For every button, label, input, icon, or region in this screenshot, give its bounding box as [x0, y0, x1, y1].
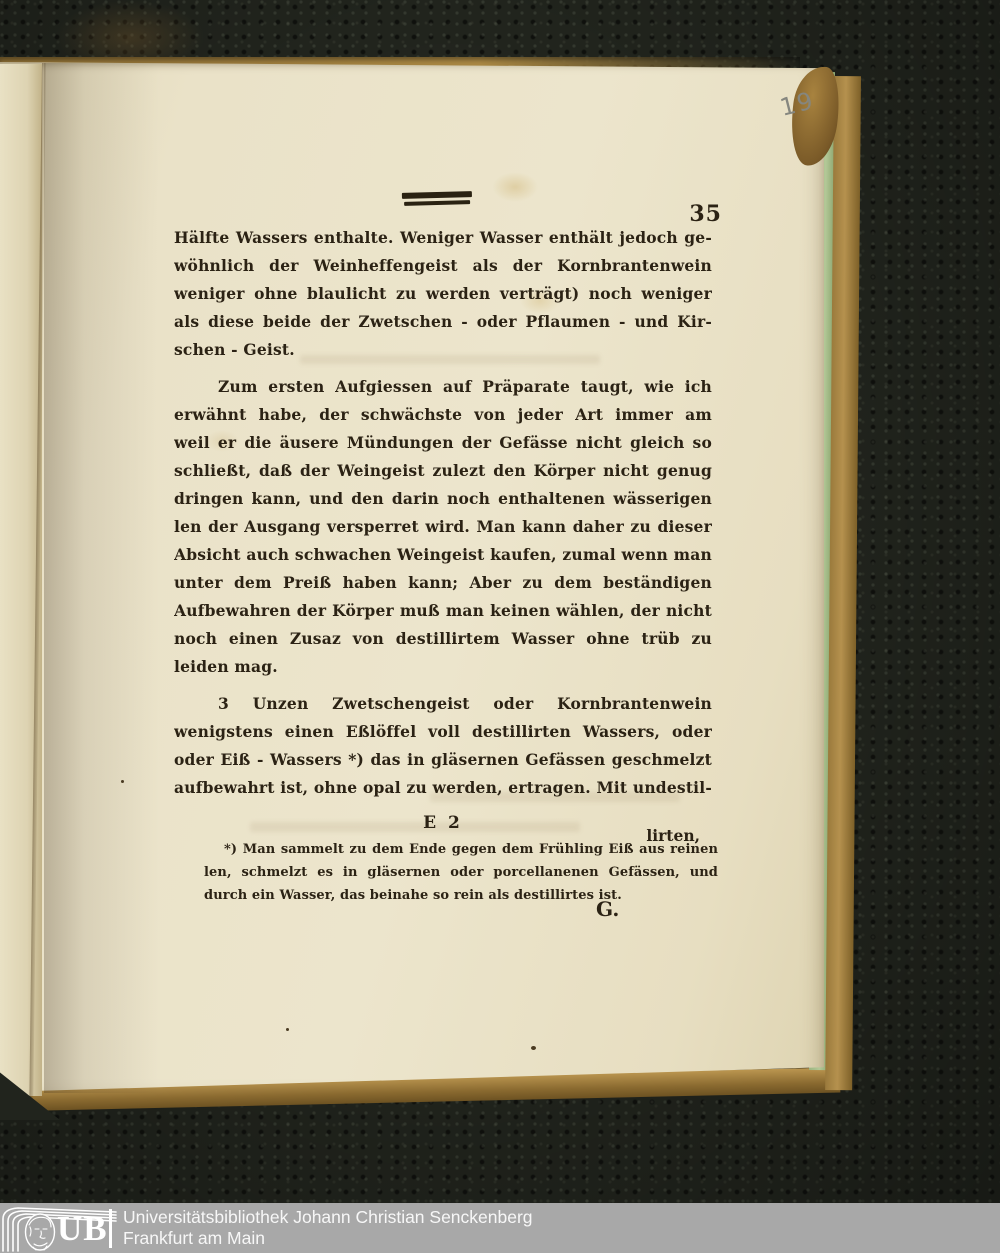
paragraph: Hälfte Wassers enthalte. Weniger Wasser … [174, 224, 712, 364]
text-line: schen - Geist. [174, 336, 712, 364]
page-number: 35 [650, 202, 722, 226]
paragraph: Zum ersten Aufgiessen auf Präparate taug… [174, 373, 712, 681]
text-line: noch einen Zusaz von destillirtem Wasser… [174, 625, 712, 653]
text-line: erwähnt habe, der schwächste von jeder A… [174, 401, 712, 429]
press-figure: G. [596, 898, 619, 920]
text-line: unter dem Preiß haben kann; Aber zu dem … [174, 569, 712, 597]
footnote-block: *) Man sammelt zu dem Ende gegen dem Frü… [204, 838, 718, 907]
text-line: oder Eiß - Wassers *) das in gläsernen G… [174, 746, 712, 774]
text-line: dringen kann, und den darin noch enthalt… [174, 485, 712, 513]
text-line: len der Ausgang versperret wird. Man kan… [174, 513, 712, 541]
scanned-book-page-photo: 35 19 Hälfte Wassers enthalte. Weniger W… [0, 0, 1000, 1253]
text-line: wenigstens einen Eßlöffel voll destillir… [174, 718, 712, 746]
text-line: schließt, daß der Weingeist zulezt den K… [174, 457, 712, 485]
library-name: Universitätsbibliothek Johann Christian … [123, 1207, 533, 1248]
text-line: aufbewahrt ist, ohne opal zu werden, ert… [174, 774, 712, 802]
text-line: leiden mag. [174, 653, 712, 681]
text-line: als diese beide der Zwetschen - oder Pfl… [174, 308, 712, 336]
text-line: 3 Unzen Zwetschengeist oder Kornbrantenw… [174, 690, 712, 718]
paragraph: 3 Unzen Zwetschengeist oder Kornbrantenw… [174, 690, 712, 802]
library-name-line2: Frankfurt am Main [123, 1228, 533, 1249]
text-line: Hälfte Wassers enthalte. Weniger Wasser … [174, 224, 712, 252]
paper-speck [531, 1046, 536, 1050]
text-line: Zum ersten Aufgiessen auf Präparate taug… [174, 373, 712, 401]
text-line: weniger ohne blaulicht zu werden verträg… [174, 280, 712, 308]
text-line: weil er die äusere Mündungen der Gefässe… [174, 429, 712, 457]
library-name-line1: Universitätsbibliothek Johann Christian … [123, 1207, 533, 1228]
paper-stain [492, 172, 538, 202]
portrait-icon [26, 1214, 55, 1250]
rule-bar-top [402, 191, 472, 199]
gathering-signature: E 2 [174, 813, 712, 833]
paper-speck [286, 1028, 289, 1031]
section-rule-ornament [402, 191, 472, 206]
logo-divider [109, 1209, 112, 1248]
text-line: wöhnlich der Weinheffengeist als der Kor… [174, 252, 712, 280]
paper-speck [121, 780, 124, 783]
text-line: durch ein Wasser, das beinahe so rein al… [204, 884, 718, 907]
ub-logo-abbr: UB [57, 1209, 108, 1249]
text-line: Aufbewahren der Körper muß man keinen wä… [174, 597, 712, 625]
text-line: Absicht auch schwachen Weingeist kaufen,… [174, 541, 712, 569]
text-line: len, schmelzt es in gläsernen oder porce… [204, 861, 718, 884]
text-line: *) Man sammelt zu dem Ende gegen dem Frü… [204, 838, 718, 861]
printed-text-block: Hälfte Wassers enthalte. Weniger Wasser … [174, 224, 712, 851]
gutter-shadow [44, 63, 159, 1093]
